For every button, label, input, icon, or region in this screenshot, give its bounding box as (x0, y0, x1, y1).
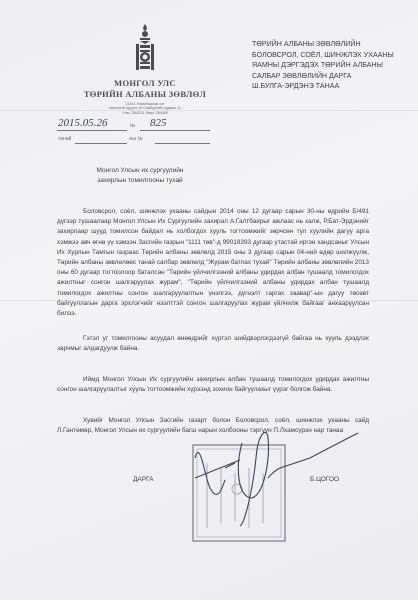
recipient-line: САЛБАР ЗӨВЛӨЛИЙН ДАРГА (252, 71, 412, 82)
recipient-line: Ш.БУЛГА-ЭРДЭНЭ ТАНАА (252, 81, 412, 92)
subject-heading: Монгол Улсын их сургуулийн захирлын томи… (70, 166, 210, 186)
soyombo-emblem-icon (134, 24, 156, 72)
body-paragraph-1: Боловсрол, соёл, шинжлэх ухааны сайдын 2… (57, 207, 369, 319)
body-paragraph-3: Иймд Монгол Улсын Их сургуулийн захирлын… (57, 375, 369, 395)
handwritten-signature-icon (180, 418, 360, 528)
number-handwritten: 825 (150, 117, 167, 129)
subject-line: Монгол Улсын их сургуулийн (70, 166, 210, 176)
number-underline (140, 130, 210, 131)
number-label: № (130, 123, 135, 129)
paragraph-text: Боловсрол, соёл, шинжлэх ухааны сайдын 2… (57, 207, 369, 319)
reference-label: танай (58, 136, 71, 142)
signatory-name: Б.ЦОГОО (310, 476, 339, 483)
paragraph-text: Иймд Монгол Улсын Их сургуулийн захирлын… (57, 375, 369, 395)
paragraph-text: Гэтэл уг томилгооны асуудал өнөөдрийг хү… (57, 334, 369, 354)
recipient-line: ТӨРИЙН АЛБАНЫ ЗӨВЛӨЛИЙН (252, 39, 412, 50)
reference-underline (75, 143, 127, 144)
recipient-block: ТӨРИЙН АЛБАНЫ ЗӨВЛӨЛИЙН БОЛОВСРОЛ, СОЁЛ,… (252, 39, 412, 92)
subject-line: захирлын томилгооны тухай (70, 176, 210, 186)
signatory-title: ДАРГА (133, 476, 154, 483)
address-line: Утас: 264218, Факс: 264480 (80, 111, 210, 115)
reference-number-label: -ны № (128, 136, 143, 142)
date-handwritten: 2015.05.26 (58, 117, 108, 129)
org-name-council: ТӨРИЙН АЛБАНЫ ЗӨВЛӨЛ (80, 89, 210, 99)
org-address: 15141 Улаанбаатар хот Чингэлтэй дүүрэг, … (80, 102, 210, 115)
recipient-line: ЯАМНЫ ДЭРГЭДЭХ ТӨРИЙН АЛБАНЫ (252, 60, 412, 71)
body-paragraph-2: Гэтэл уг томилгооны асуудал өнөөдрийг хү… (57, 334, 369, 354)
reference-number-underline (155, 143, 210, 144)
date-underline (57, 130, 127, 131)
letter-page: МОНГОЛ УЛС ТӨРИЙН АЛБАНЫ ЗӨВЛӨЛ 15141 Ул… (0, 0, 418, 600)
org-name-country: МОНГОЛ УЛС (80, 78, 210, 88)
recipient-line: БОЛОВСРОЛ, СОЁЛ, ШИНЖЛЭХ УХААНЫ (252, 50, 412, 61)
